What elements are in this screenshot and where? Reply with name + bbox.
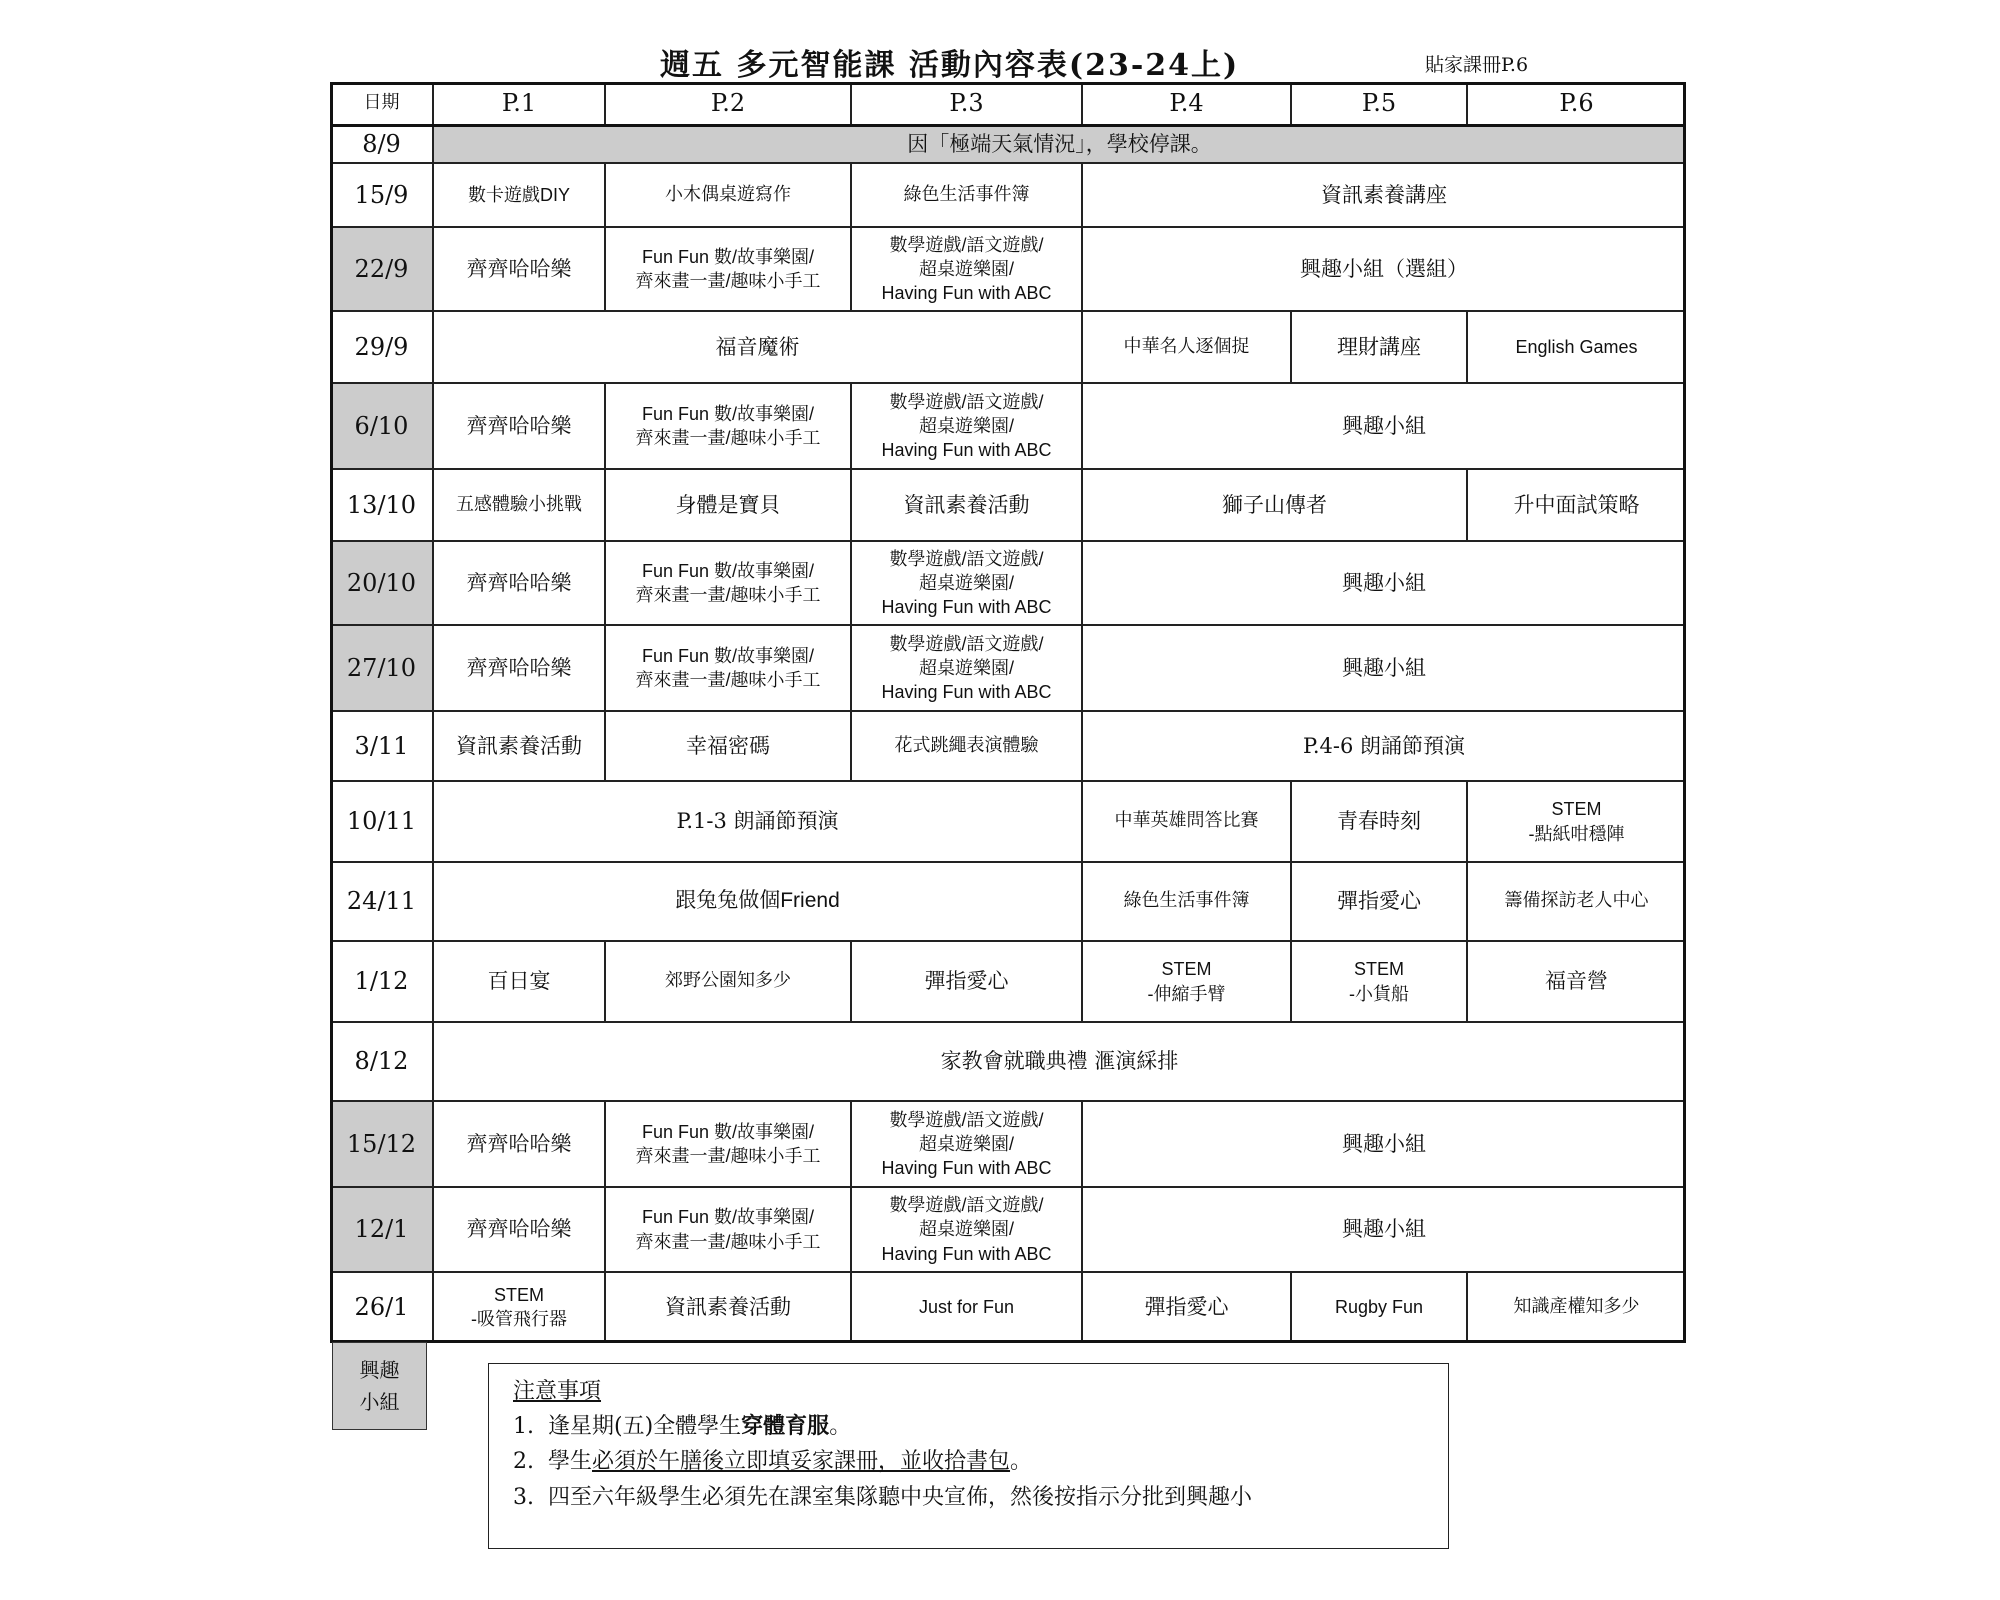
activity-cell-p4: 中華名人逐個捉 [1082,311,1291,383]
activity-cell-p2: 小木偶桌遊寫作 [605,163,851,227]
cell-text: Rugby Fun [1335,1295,1423,1319]
cell-text: 身體是寶貝 [676,491,781,519]
cell-text: 齊來畫一畫/趣味小手工 [636,1144,821,1168]
cell-text: 小木偶桌遊寫作 [665,183,791,207]
cell-text: 五感體驗小挑戰 [456,493,582,517]
cell-text: 齊來畫一畫/趣味小手工 [636,583,821,607]
activity-cell-p1: 齊齊哈哈樂 [433,383,605,469]
cell-text: 數卡遊戲DIY [468,183,570,207]
activity-cell-p3: 資訊素養活動 [851,469,1082,541]
activity-cell-p1-p6: 因「極端天氣情況」，學校停課。 [433,125,1686,163]
cell-text: 中華名人逐個捉 [1124,335,1250,359]
cell-text: 13/10 [347,489,416,521]
date-cell: 8/9 [330,125,433,163]
activity-cell-p2: Fun Fun 數/故事樂園/齊來畫一畫/趣味小手工 [605,227,851,311]
cell-text: 興趣小組 [1342,1130,1426,1158]
date-cell: 24/11 [330,862,433,941]
cell-text: 因「極端天氣情況」，學校停課。 [907,130,1212,158]
cell-text: 超桌遊樂園/ [881,656,1051,680]
cell-text: 綠色生活事件簿 [1124,889,1250,913]
cell-text: 幸福密碼 [686,732,770,760]
cell-text: 百日宴 [488,967,551,995]
header-divider [330,124,1686,127]
activity-cell-p5: 青春時刻 [1291,781,1467,862]
cell-text: 彈指愛心 [1337,887,1421,915]
note-text: 學生 [548,1449,592,1474]
note-item-1: 1. 逢星期(五)全體學生穿體育服。 [513,1409,1424,1444]
cell-text: Fun Fun 數/故事樂園/ [636,1205,821,1229]
cell-text: 獅子山傳者 [1222,491,1327,519]
activity-cell-p4-p6: 興趣小組 [1082,1101,1686,1187]
cell-text: Having Fun with ABC [881,1242,1051,1266]
column-header-p5: P.5 [1291,82,1467,125]
cell-text: Having Fun with ABC [881,595,1051,619]
activity-cell-p3: 數學遊戲/語文遊戲/超桌遊樂園/Having Fun with ABC [851,227,1082,311]
column-header-p2: P.2 [605,82,851,125]
activity-cell-p1-p3: 福音魔術 [433,311,1082,383]
activity-cell-p2: Fun Fun 數/故事樂園/齊來畫一畫/趣味小手工 [605,383,851,469]
cell-text: 興趣小組 [1342,569,1426,597]
activity-cell-p5: 理財講座 [1291,311,1467,383]
activity-cell-p5: Rugby Fun [1291,1272,1467,1342]
activity-cell-p2: Fun Fun 數/故事樂園/齊來畫一畫/趣味小手工 [605,541,851,625]
cell-text: 齊來畫一畫/趣味小手工 [636,668,821,692]
date-cell: 13/10 [330,469,433,541]
cell-text: 青春時刻 [1337,807,1421,835]
cell-text: 齊齊哈哈樂 [467,654,572,682]
cell-text: 齊齊哈哈樂 [467,1130,572,1158]
cell-text: 1/12 [355,965,409,997]
activity-cell-p1: 齊齊哈哈樂 [433,1101,605,1187]
activity-cell-p1: 數卡遊戲DIY [433,163,605,227]
activity-cell-p2: 幸福密碼 [605,711,851,781]
date-cell: 20/10 [330,541,433,625]
cell-text: STEM [1148,957,1226,981]
column-header-date: 日期 [330,82,433,125]
cell-text: Fun Fun 數/故事樂園/ [636,245,821,269]
activity-cell-p1: 五感體驗小挑戰 [433,469,605,541]
activity-cell-p1-p6: 家教會就職典禮 滙演綵排 [433,1022,1686,1101]
cell-text: Having Fun with ABC [881,438,1051,462]
activity-cell-p3: 綠色生活事件簿 [851,163,1082,227]
activity-cell-p6: 福音營 [1467,941,1686,1022]
cell-text: 資訊素養活動 [904,491,1030,519]
page-title: 週五 多元智能課 活動內容表(23-24上) [660,40,1239,84]
cell-text: 8/12 [355,1045,409,1077]
note-item-3: 3. 四至六年級學生必須先在課室集隊聽中央宣佈，然後按指示分批到興趣小 [513,1480,1424,1515]
cell-text: Fun Fun 數/故事樂園/ [636,402,821,426]
activity-cell-p3: 數學遊戲/語文遊戲/超桌遊樂園/Having Fun with ABC [851,625,1082,711]
note-text: 。 [829,1414,851,1439]
cell-text: 興趣小組 [1342,412,1426,440]
activity-cell-p6: English Games [1467,311,1686,383]
cell-text: 超桌遊樂園/ [881,414,1051,438]
cell-text: STEM [471,1283,567,1307]
date-cell: 26/1 [330,1272,433,1342]
cell-text: 超桌遊樂園/ [881,257,1051,281]
activity-cell-p5: 彈指愛心 [1291,862,1467,941]
cell-text: 福音營 [1545,967,1608,995]
activity-cell-p2: 郊野公園知多少 [605,941,851,1022]
activity-cell-p4-p6: 興趣小組（選組） [1082,227,1686,311]
cell-text: P.3 [949,87,983,119]
date-cell: 29/9 [330,311,433,383]
activity-cell-p3: 數學遊戲/語文遊戲/超桌遊樂園/Having Fun with ABC [851,541,1082,625]
activity-cell-p4: 中華英雄問答比賽 [1082,781,1291,862]
cell-text: 興趣小組（選組） [1300,255,1468,283]
cell-text: 日期 [364,91,400,115]
cell-text: 彈指愛心 [1145,1293,1229,1321]
activity-cell-p6: 籌備探訪老人中心 [1467,862,1686,941]
cell-text: P.5 [1362,87,1396,119]
cell-text: 知識產權知多少 [1514,1295,1640,1319]
cell-text: 6/10 [355,410,409,442]
cell-text: 15/9 [355,179,409,211]
cell-text: 升中面試策略 [1514,491,1640,519]
note-number: 3. [513,1485,534,1510]
cell-text: 數學遊戲/語文遊戲/ [881,632,1051,656]
cell-text: 24/11 [347,885,416,917]
activity-cell-p4: STEM-伸縮手臂 [1082,941,1291,1022]
activity-cell-p1: 齊齊哈哈樂 [433,1187,605,1272]
cell-text: 花式跳繩表演體驗 [895,734,1039,758]
activity-cell-p4-p6: 興趣小組 [1082,541,1686,625]
activity-cell-p3: 彈指愛心 [851,941,1082,1022]
cell-text: -小貨船 [1349,982,1409,1006]
activity-cell-p4-p6: 興趣小組 [1082,625,1686,711]
cell-text: 超桌遊樂園/ [881,1217,1051,1241]
activity-cell-p4-p5: 獅子山傳者 [1082,469,1467,541]
cell-text: 10/11 [347,805,416,837]
activity-cell-p4-p6: 資訊素養講座 [1082,163,1686,227]
cell-text: 資訊素養活動 [456,732,582,760]
cell-text: 齊來畫一畫/趣味小手工 [636,426,821,450]
activity-cell-p1: STEM-吸管飛行器 [433,1272,605,1342]
cell-text: Having Fun with ABC [881,680,1051,704]
activity-cell-p3: 數學遊戲/語文遊戲/超桌遊樂園/Having Fun with ABC [851,1187,1082,1272]
cell-text: 8/9 [362,128,401,160]
date-cell: 3/11 [330,711,433,781]
cell-text: Just for Fun [919,1295,1014,1319]
cell-text: 齊來畫一畫/趣味小手工 [636,269,821,293]
cell-text: 齊齊哈哈樂 [467,255,572,283]
activity-cell-p3: 花式跳繩表演體驗 [851,711,1082,781]
activity-cell-p1: 百日宴 [433,941,605,1022]
cell-text: -吸管飛行器 [471,1307,567,1331]
notes-box: 注意事項 1. 逢星期(五)全體學生穿體育服。 2. 學生必須於午膳後立即填妥家… [488,1363,1449,1549]
cell-text: Fun Fun 數/故事樂園/ [636,644,821,668]
cell-text: 29/9 [355,331,409,363]
cell-text: 12/1 [355,1213,409,1245]
activity-cell-p3: 數學遊戲/語文遊戲/超桌遊樂園/Having Fun with ABC [851,1101,1082,1187]
cell-text: 興趣小組 [1342,1215,1426,1243]
cell-text: 齊來畫一畫/趣味小手工 [636,1230,821,1254]
cell-text: -伸縮手臂 [1148,982,1226,1006]
note-number: 1. [513,1414,534,1439]
cell-text: 20/10 [347,567,416,599]
cell-text: 福音魔術 [716,333,800,361]
cell-text: 齊齊哈哈樂 [467,569,572,597]
activity-cell-p1: 齊齊哈哈樂 [433,625,605,711]
cell-text: P.2 [711,87,745,119]
legend-interest-group: 興趣 小組 [332,1342,427,1430]
cell-text: STEM [1349,957,1409,981]
cell-text: 數學遊戲/語文遊戲/ [881,390,1051,414]
activity-cell-p1: 資訊素養活動 [433,711,605,781]
cell-text: P.1 [502,87,536,119]
cell-text: P.1-3 朗誦節預演 [676,807,838,835]
column-header-p4: P.4 [1082,82,1291,125]
cell-text: 26/1 [355,1291,409,1323]
date-cell: 6/10 [330,383,433,469]
date-cell: 27/10 [330,625,433,711]
column-header-p6: P.6 [1467,82,1686,125]
note-underlined-text: 必須於午膳後立即填妥家課冊，並收拾書包 [592,1449,1010,1474]
cell-text: 家教會就職典禮 滙演綵排 [941,1047,1179,1075]
cell-text: P.4-6 朗誦節預演 [1303,732,1465,760]
cell-text: 籌備探訪老人中心 [1505,889,1649,913]
note-item-2: 2. 學生必須於午膳後立即填妥家課冊，並收拾書包。 [513,1444,1424,1479]
cell-text: -點紙咁穩陣 [1529,822,1625,846]
activity-cell-p4-p6: 興趣小組 [1082,1187,1686,1272]
cell-text: English Games [1515,335,1637,359]
cell-text: 資訊素養活動 [665,1293,791,1321]
cell-text: P.4 [1169,87,1203,119]
column-header-p3: P.3 [851,82,1082,125]
activity-cell-p3: 數學遊戲/語文遊戲/超桌遊樂園/Having Fun with ABC [851,383,1082,469]
cell-text: 22/9 [355,253,409,285]
date-cell: 8/12 [330,1022,433,1101]
activity-cell-p6: 升中面試策略 [1467,469,1686,541]
cell-text: 中華英雄問答比賽 [1115,809,1259,833]
activity-cell-p2: Fun Fun 數/故事樂園/齊來畫一畫/趣味小手工 [605,625,851,711]
activity-cell-p5: STEM-小貨船 [1291,941,1467,1022]
cell-text: 數學遊戲/語文遊戲/ [881,1193,1051,1217]
cell-text: 齊齊哈哈樂 [467,412,572,440]
activity-cell-p1: 齊齊哈哈樂 [433,541,605,625]
date-cell: 10/11 [330,781,433,862]
activity-cell-p1-p3: 跟兔兔做個Friend [433,862,1082,941]
cell-text: STEM [1529,797,1625,821]
date-cell: 12/1 [330,1187,433,1272]
column-header-p1: P.1 [433,82,605,125]
note-text: 。 [1010,1449,1032,1474]
legend-line-2: 小組 [360,1386,400,1418]
activity-cell-p4: 彈指愛心 [1082,1272,1291,1342]
cell-text: 齊齊哈哈樂 [467,1215,572,1243]
cell-text: Having Fun with ABC [881,281,1051,305]
cell-text: 27/10 [347,652,416,684]
activity-cell-p4-p6: 興趣小組 [1082,383,1686,469]
activity-cell-p1-p3: P.1-3 朗誦節預演 [433,781,1082,862]
cell-text: 超桌遊樂園/ [881,571,1051,595]
activity-cell-p2: 身體是寶貝 [605,469,851,541]
cell-text: P.6 [1559,87,1593,119]
cell-text: 郊野公園知多少 [665,969,791,993]
activity-cell-p2: Fun Fun 數/故事樂園/齊來畫一畫/趣味小手工 [605,1187,851,1272]
activity-cell-p1: 齊齊哈哈樂 [433,227,605,311]
activity-cell-p2: 資訊素養活動 [605,1272,851,1342]
date-cell: 22/9 [330,227,433,311]
cell-text: 資訊素養講座 [1321,181,1447,209]
cell-text: 數學遊戲/語文遊戲/ [881,547,1051,571]
cell-text: 數學遊戲/語文遊戲/ [881,1108,1051,1132]
page-subtitle: 貼家課冊P.6 [1425,50,1528,77]
note-text: 四至六年級學生必須先在課室集隊聽中央宣佈，然後按指示分批到興趣小 [548,1485,1252,1510]
cell-text: 彈指愛心 [925,967,1009,995]
cell-text: 超桌遊樂園/ [881,1132,1051,1156]
date-cell: 15/9 [330,163,433,227]
note-text: 逢星期(五)全體學生 [548,1414,741,1439]
cell-text: 跟兔兔做個Friend [675,887,840,915]
activity-cell-p2: Fun Fun 數/故事樂園/齊來畫一畫/趣味小手工 [605,1101,851,1187]
notes-heading: 注意事項 [513,1374,601,1409]
cell-text: 理財講座 [1337,333,1421,361]
cell-text: 數學遊戲/語文遊戲/ [881,233,1051,257]
cell-text: 15/12 [347,1128,416,1160]
cell-text: 綠色生活事件簿 [904,183,1030,207]
cell-text: 興趣小組 [1342,654,1426,682]
date-cell: 1/12 [330,941,433,1022]
cell-text: Fun Fun 數/故事樂園/ [636,1120,821,1144]
activity-cell-p4-p6: P.4-6 朗誦節預演 [1082,711,1686,781]
activity-cell-p3: Just for Fun [851,1272,1082,1342]
activity-cell-p4: 綠色生活事件簿 [1082,862,1291,941]
activity-cell-p6: STEM-點紙咁穩陣 [1467,781,1686,862]
cell-text: 3/11 [355,730,409,762]
note-bold-text: 穿體育服 [741,1413,829,1439]
activity-cell-p6: 知識產權知多少 [1467,1272,1686,1342]
cell-text: Having Fun with ABC [881,1156,1051,1180]
date-cell: 15/12 [330,1101,433,1187]
cell-text: Fun Fun 數/故事樂園/ [636,559,821,583]
note-number: 2. [513,1449,534,1474]
legend-line-1: 興趣 [360,1354,400,1386]
